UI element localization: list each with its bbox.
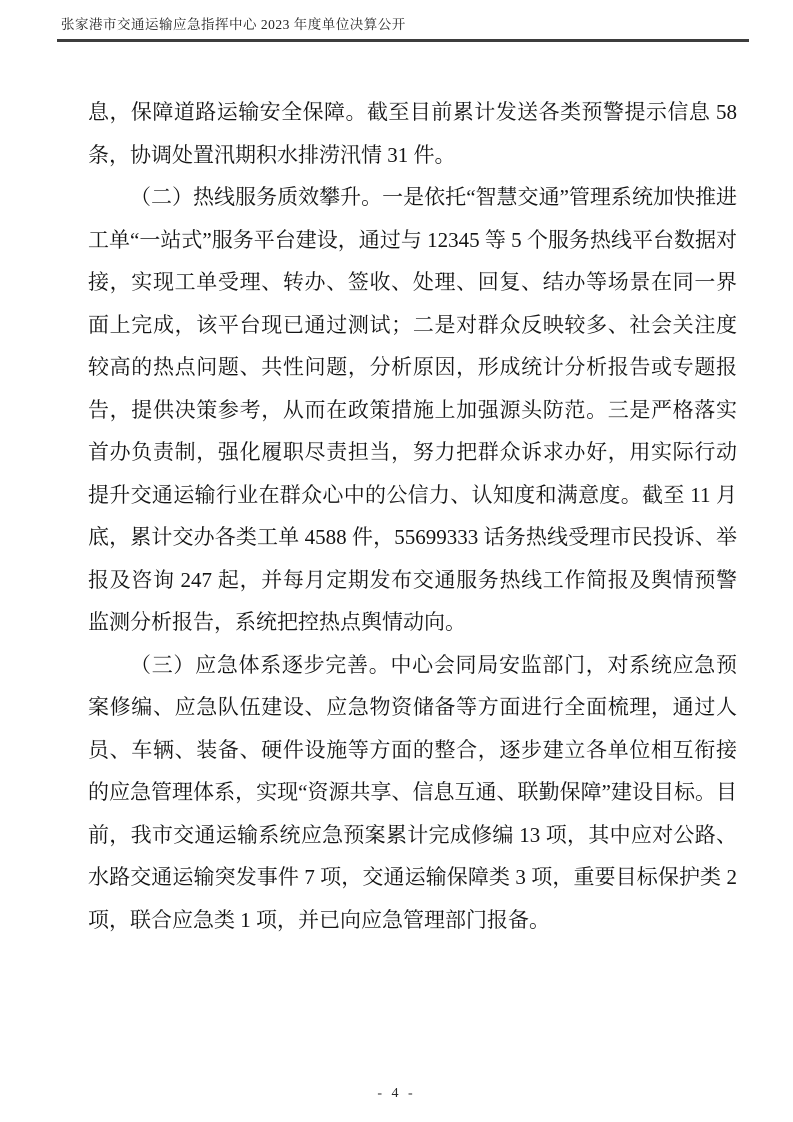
page-header: 张家港市交通运输应急指挥中心 2023 年度单位决算公开 [57,16,749,42]
paragraph-section-2: （二）热线服务质效攀升。一是依托“智慧交通”管理系统加快推进工单“一站式”服务平… [88,176,737,644]
document-body: 息，保障道路运输安全保障。截至目前累计发送各类预警提示信息 58 条，协调处置汛… [88,91,737,941]
page-number: - 4 - [377,1086,415,1101]
page-footer: - 4 - [0,1084,793,1102]
paragraph-section-3: （三）应急体系逐步完善。中心会同局安监部门，对系统应急预案修编、应急队伍建设、应… [88,644,737,942]
paragraph-continuation: 息，保障道路运输安全保障。截至目前累计发送各类预警提示信息 58 条，协调处置汛… [88,91,737,176]
document-page: 张家港市交通运输应急指挥中心 2023 年度单位决算公开 息，保障道路运输安全保… [0,0,793,1122]
header-title: 张家港市交通运输应急指挥中心 2023 年度单位决算公开 [57,16,749,34]
